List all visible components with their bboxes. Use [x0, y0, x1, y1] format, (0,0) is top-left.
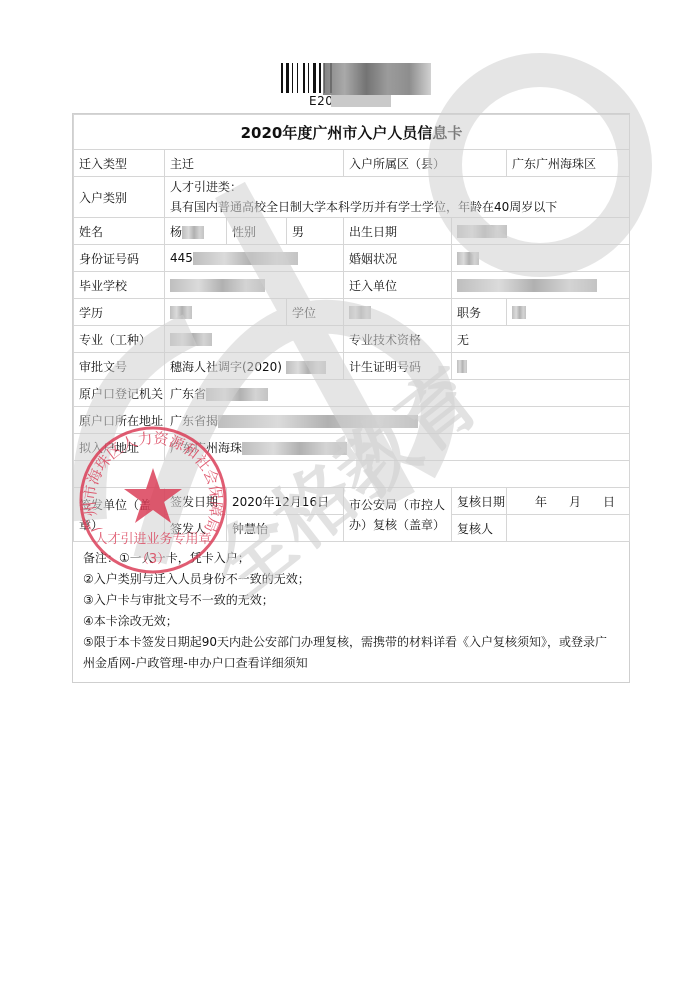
- table-row: 学历 学位 职务: [74, 299, 630, 326]
- education-value: [165, 299, 287, 326]
- card-title: 2020年度广州市入户人员信息卡: [74, 115, 630, 150]
- note-item: 备注：①一人一卡，凭卡入户；: [83, 548, 619, 569]
- family-planning-label: 计生证明号码: [344, 353, 452, 380]
- issuer-label: 签发单位（盖章）: [74, 488, 165, 542]
- name-value: 杨: [165, 218, 227, 245]
- day-label: 日: [603, 495, 615, 509]
- target-address-label: 拟入户地址: [74, 434, 165, 461]
- marital-value: [452, 245, 630, 272]
- barcode: E20: [281, 63, 431, 108]
- major-label: 专业（工种）: [74, 326, 165, 353]
- family-planning-value: [452, 353, 630, 380]
- note-item: ③入户卡与审批文号不一致的无效；: [83, 590, 619, 611]
- degree-label: 学位: [287, 299, 344, 326]
- gender-value: 男: [287, 218, 344, 245]
- employer-value: [452, 272, 630, 299]
- move-type-value: 主迁: [165, 150, 344, 177]
- origin-registry-prefix: 广东省: [170, 387, 206, 401]
- redaction: [457, 279, 597, 292]
- education-label: 学历: [74, 299, 165, 326]
- category-label: 入户类别: [74, 177, 165, 218]
- category-line1: 人才引进类：: [170, 177, 624, 197]
- note-item: ④本卡涂改无效；: [83, 611, 619, 632]
- id-prefix: 445: [170, 251, 193, 265]
- notes-section: 备注：①一人一卡，凭卡入户； ②入户类别与迁入人员身份不一致的无效； ③入户卡与…: [73, 542, 629, 682]
- birth-date-value: [452, 218, 630, 245]
- redaction: [218, 415, 418, 428]
- redaction: [170, 279, 265, 292]
- issue-date-value: 2020年12月16日: [227, 488, 344, 515]
- employer-label: 迁入单位: [344, 272, 452, 299]
- table-row: 审批文号 穗海人社调字(2020) 计生证明号码: [74, 353, 630, 380]
- household-registration-card: 2020年度广州市入户人员信息卡 迁入类型 主迁 入户所属区（县） 广东广州海珠…: [72, 113, 630, 683]
- name-prefix: 杨: [170, 225, 182, 239]
- redaction: [193, 252, 298, 265]
- review-date-value: 年月日: [507, 488, 630, 515]
- review-date-label: 复核日期: [452, 488, 507, 515]
- note-item: ②入户类别与迁入人员身份不一致的无效；: [83, 569, 619, 590]
- name-label: 姓名: [74, 218, 165, 245]
- position-label: 职务: [452, 299, 507, 326]
- redaction: [182, 226, 204, 239]
- approval-no-value: 穗海人社调字(2020): [165, 353, 344, 380]
- issuer-person-value: 钟慧怡: [227, 515, 344, 542]
- redaction: [349, 306, 371, 319]
- approval-no-label: 审批文号: [74, 353, 165, 380]
- origin-address-value: 广东省揭: [165, 407, 630, 434]
- table-row: 专业（工种） 专业技术资格 无: [74, 326, 630, 353]
- month-label: 月: [569, 495, 581, 509]
- issue-date-label: 签发日期: [165, 488, 227, 515]
- barcode-redaction: [323, 63, 431, 95]
- police-review-label: 市公安局（市控人办）复核（盖章）: [344, 488, 452, 542]
- position-value: [507, 299, 630, 326]
- origin-address-label: 原户口所在地址: [74, 407, 165, 434]
- degree-value: [344, 299, 452, 326]
- table-row: 身份证号码 445 婚姻状况: [74, 245, 630, 272]
- table-row: 原户口所在地址 广东省揭: [74, 407, 630, 434]
- marital-label: 婚姻状况: [344, 245, 452, 272]
- redaction: [206, 388, 268, 401]
- id-number-label: 身份证号码: [74, 245, 165, 272]
- target-address-value: 广东广州海珠: [165, 434, 630, 461]
- target-address-prefix: 广东广州海珠: [170, 441, 242, 455]
- redaction: [170, 306, 192, 319]
- tech-title-label: 专业技术资格: [344, 326, 452, 353]
- table-row: 签发单位（盖章） 签发日期 2020年12月16日 市公安局（市控人办）复核（盖…: [74, 488, 630, 515]
- district-value: 广东广州海珠区: [507, 150, 630, 177]
- redaction: [286, 361, 326, 374]
- barcode-number: E20: [309, 94, 333, 108]
- origin-registry-value: 广东省: [165, 380, 630, 407]
- tech-title-value: 无: [452, 326, 630, 353]
- redaction: [457, 252, 479, 265]
- redaction: [457, 360, 467, 373]
- category-value: 人才引进类： 具有国内普通高校全日制大学本科学历并有学士学位，年龄在40周岁以下: [165, 177, 630, 218]
- table-row: 原户口登记机关 广东省: [74, 380, 630, 407]
- redaction: [512, 306, 526, 319]
- category-line2: 具有国内普通高校全日制大学本科学历并有学士学位，年龄在40周岁以下: [170, 197, 624, 217]
- reviewer-label: 复核人: [452, 515, 507, 542]
- id-number-value: 445: [165, 245, 344, 272]
- table-row: 入户类别 人才引进类： 具有国内普通高校全日制大学本科学历并有学士学位，年龄在4…: [74, 177, 630, 218]
- redaction: [242, 442, 347, 455]
- title-row: 2020年度广州市入户人员信息卡: [74, 115, 630, 150]
- empty-row: [74, 461, 630, 488]
- school-value: [165, 272, 344, 299]
- reviewer-value: [507, 515, 630, 542]
- origin-registry-label: 原户口登记机关: [74, 380, 165, 407]
- district-label: 入户所属区（县）: [344, 150, 507, 177]
- redaction: [170, 333, 212, 346]
- table-row: 迁入类型 主迁 入户所属区（县） 广东广州海珠区: [74, 150, 630, 177]
- major-value: [165, 326, 344, 353]
- origin-address-prefix: 广东省揭: [170, 414, 218, 428]
- move-type-label: 迁入类型: [74, 150, 165, 177]
- table-row: 姓名 杨 性别 男 出生日期: [74, 218, 630, 245]
- redaction: [457, 225, 507, 238]
- table-row: [74, 461, 630, 488]
- note-item: ⑤限于本卡签发日期起90天内赴公安部门办理复核，需携带的材料详看《入户复核须知》…: [83, 632, 619, 674]
- table-row: 拟入户地址 广东广州海珠: [74, 434, 630, 461]
- gender-label: 性别: [227, 218, 287, 245]
- birth-date-label: 出生日期: [344, 218, 452, 245]
- approval-prefix: 穗海人社调字(2020): [170, 360, 282, 374]
- info-table: 2020年度广州市入户人员信息卡 迁入类型 主迁 入户所属区（县） 广东广州海珠…: [73, 114, 630, 542]
- table-row: 毕业学校 迁入单位: [74, 272, 630, 299]
- school-label: 毕业学校: [74, 272, 165, 299]
- issuer-person-label: 签发人: [165, 515, 227, 542]
- barcode-number-redaction: [331, 95, 391, 107]
- year-label: 年: [535, 495, 547, 509]
